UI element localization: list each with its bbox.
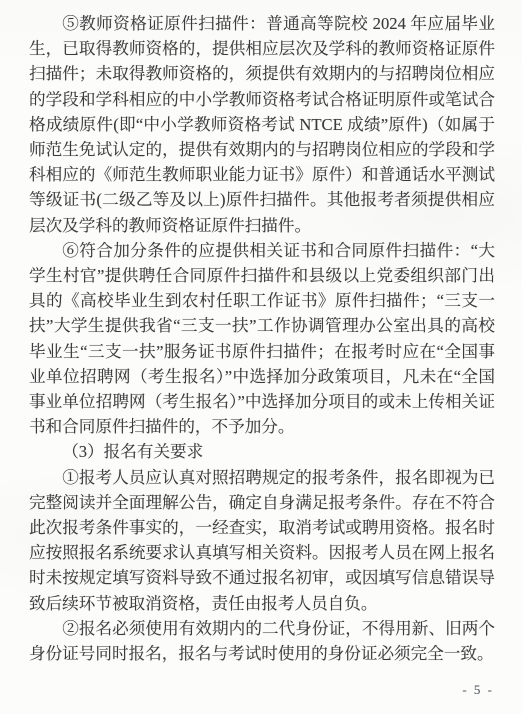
document-text-block: ⑤教师资格证原件扫描件：普通高等院校 2024 年应届毕业生，已取得教师资格的，…: [29, 11, 495, 666]
paragraph-id-card-requirement: ②报名必须使用有效期内的二代身份证，不得用新、旧两个身份证号同时报名，报名与考试…: [29, 616, 495, 666]
paragraph-teacher-certificate: ⑤教师资格证原件扫描件：普通高等院校 2024 年应届毕业生，已取得教师资格的，…: [29, 11, 495, 238]
paragraph-application-requirements: ①报考人员应认真对照招聘规定的报考条件，报名即视为已完整阅读并全面理解公告，确定…: [29, 465, 495, 616]
section-heading-registration-requirements: （3）报名有关要求: [29, 439, 495, 464]
paragraph-bonus-point-documents: ⑥符合加分条件的应提供相关证书和合同原件扫描件：“大学生村官”提供聘任合同原件扫…: [29, 238, 495, 440]
scanned-document-page: ⑤教师资格证原件扫描件：普通高等院校 2024 年应届毕业生，已取得教师资格的，…: [0, 0, 522, 714]
page-number: - 5 -: [462, 682, 494, 698]
